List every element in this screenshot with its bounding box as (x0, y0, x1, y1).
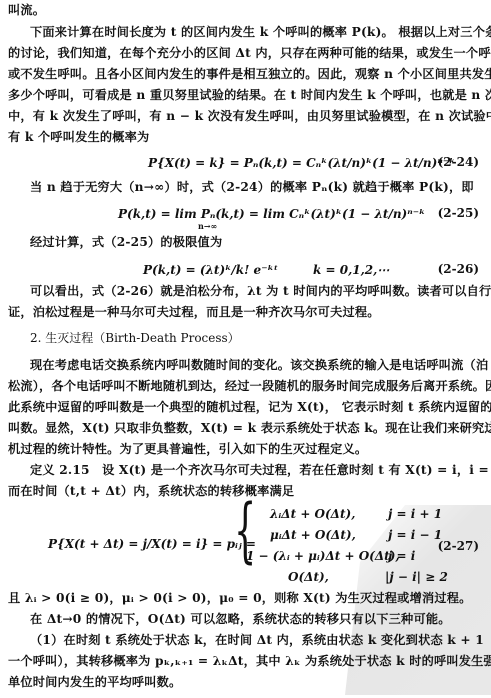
case-cond: |j − i| ≥ 2 (385, 570, 448, 584)
section-heading: 2. 生灭过程（Birth-Death Process） (30, 329, 240, 346)
text-line: 中，有 k 次发生了呼叫，有 n − k 次没有发生呼叫，由贝努里试验模型，在 … (8, 108, 481, 124)
text-line: 证，泊松过程是一种马尔可夫过程，而且是一种齐次马尔可夫过程。 (8, 304, 481, 320)
text-line: 经过计算，式（2-25）的极限值为 (30, 234, 481, 250)
textbook-page: 叫流。 下面来计算在时间长度为 t 的区间内发生 k 个呼叫的概率 P(k)。 … (0, 0, 491, 698)
case-expr: λᵢΔt + O(Δt), (270, 507, 355, 521)
equation-2-26: P(k,t) = (λt)ᵏ/k! e⁻ᵏᵗ (143, 258, 278, 282)
text-line: 此系统中逗留的呼叫数是一个典型的随机过程，记为 X(t)， 它表示时刻 t 系统… (8, 399, 481, 415)
equation-number: (2-27) (438, 539, 479, 553)
text-line: 可以看出，式（2-26）就是泊松分布，λt 为 t 时间内的平均呼叫数。读者可以… (30, 283, 481, 299)
text-line: 单位时间内发生的平均呼叫数。 (8, 674, 481, 690)
limit-subscript: n→∞ (198, 221, 217, 231)
text-line: 或不发生呼叫。且各小区间内发生的事件是相互独立的。因此，观察 n 个小区间里共发… (8, 66, 481, 82)
text-line: 当 n 趋于无穷大（n→∞）时，式（2-24）的概率 Pₙ(k) 就趋于概率 P… (30, 179, 481, 195)
equation-2-27-lhs: P{X(t + Δt) = j/X(t) = i} = pᵢⱼ = (48, 537, 256, 551)
case-expr: O(Δt), (288, 570, 329, 584)
text-line: 现在考虑电话交换系统内呼叫数随时间的变化。该交换系统的输入是电话呼叫流（泊 (30, 357, 481, 373)
text-line: 多少个呼叫，可看成是 n 重贝努里试验的结果。在 t 时间内发生 k 个呼叫，也… (8, 87, 481, 103)
text-line: 松流），各个电话呼叫不断地随机到达，经过一段随机的服务时间完成服务后离开系统。因 (8, 378, 481, 394)
case-cond: j = i + 1 (388, 507, 442, 521)
case-expr: μᵢΔt + O(Δt), (270, 528, 356, 542)
text-line: 叫流。 (8, 2, 481, 18)
equation-2-25: P(k,t) = lim Pₙ(k,t) = lim Cₙᵏ(λt)ᵏ(1 − … (118, 202, 425, 226)
equation-number: (2-25) (438, 206, 479, 220)
case-cond: j = i − 1 (388, 528, 442, 542)
text-line: 的讨论，我们知道，在每个充分小的区间 Δt 内，只存在两种可能的结果，或发生一个… (8, 45, 481, 61)
text-line: 机过程的统计特性。为了更具普遍性，引入如下的生灭过程定义。 (8, 441, 481, 457)
definition-line: 定义 2.15 设 X(t) 是一个齐次马尔可夫过程，若在任意时刻 t 有 X(… (30, 462, 481, 478)
case-expr: 1 − (λᵢ + μᵢ)Δt + O(Δt), (246, 549, 400, 563)
text-line: 一个呼叫），其转移概率为 pₖ,ₖ₊₁ = λₖΔt，其中 λₖ 为系统处于状态… (8, 653, 481, 669)
case-cond: j = i (388, 549, 415, 563)
equation-condition: k = 0,1,2,⋯ (313, 258, 389, 282)
text-line: 下面来计算在时间长度为 t 的区间内发生 k 个呼叫的概率 P(k)。 根据以上… (30, 24, 481, 40)
text-line: 叫数。显然，X(t) 只取非负整数，X(t) = k 表示系统处于状态 k。现在… (8, 420, 481, 436)
text-line: 在 Δt→0 的情况下，O(Δt) 可以忽略，系统状态的转移只有以下三种可能。 (30, 611, 481, 627)
equation-number: (2-26) (438, 262, 479, 276)
text-line: （1）在时刻 t 系统处于状态 k，在时间 Δt 内，系统由状态 k 变化到状态… (30, 632, 481, 648)
equation-number: (2-24) (438, 155, 479, 169)
text-line: 且 λᵢ > 0(i ≥ 0)，μᵢ > 0(i > 0)，μ₀ = 0，则称 … (8, 590, 481, 606)
